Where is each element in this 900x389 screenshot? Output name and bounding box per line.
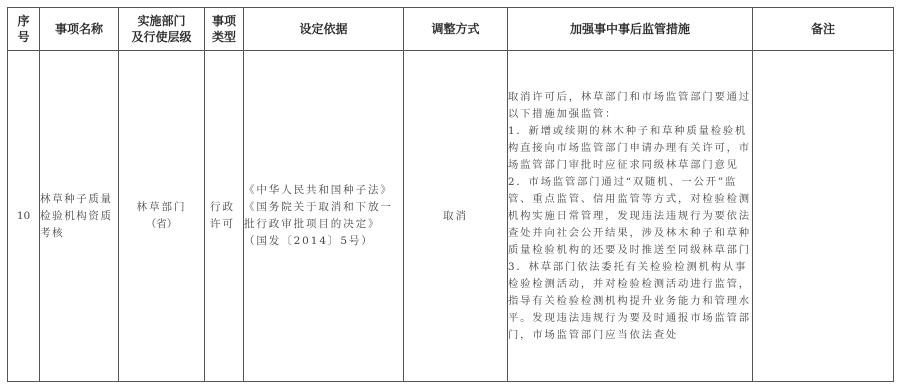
header-basis: 设定依据 [244, 8, 404, 51]
cell-seq: 10 [8, 51, 40, 382]
dept-level: （省） [119, 216, 204, 233]
header-dept: 实施部门 及行使层级 [119, 8, 205, 51]
basis-line: （国发〔2014〕5号） [244, 233, 403, 250]
cell-remark [753, 51, 894, 382]
header-seq: 序 号 [8, 8, 40, 51]
measure-intro: 取消许可后，林草部门和市场监管部门要通过以下措施加强监管： [508, 89, 752, 123]
measure-item: 3．林草部门依法委托有关检验检测机构从事检验检测活动，并对检验检测活动进行监管，… [508, 259, 752, 344]
header-adjust: 调整方式 [404, 8, 508, 51]
cell-adjust: 取消 [404, 51, 508, 382]
header-type: 事项 类型 [205, 8, 244, 51]
measure-item: 1．新增或续期的林木种子和草种质量检验机构直接向市场监管部门申请办理有关许可，市… [508, 123, 752, 174]
dept-name: 林草部门 [119, 199, 204, 216]
cell-measures: 取消许可后，林草部门和市场监管部门要通过以下措施加强监管： 1．新增或续期的林木… [508, 51, 753, 382]
table-row: 10 林草种子质量检验机构资质考核 林草部门 （省） 行政许可 《中华人民共和国… [8, 51, 894, 382]
cell-name: 林草种子质量检验机构资质考核 [40, 51, 119, 382]
header-name: 事项名称 [40, 8, 119, 51]
cell-basis: 《中华人民共和国种子法》 《国务院关于取消和下放一批行政审批项目的决定》 （国发… [244, 51, 404, 382]
measure-item: 2．市场监管部门通过“双随机、一公开”监管、重点监管、信用监管等方式，对检验检测… [508, 174, 752, 259]
basis-line: 《中华人民共和国种子法》 [244, 182, 403, 199]
cell-type: 行政许可 [205, 51, 244, 382]
cell-dept: 林草部门 （省） [119, 51, 205, 382]
policy-table: 序 号 事项名称 实施部门 及行使层级 事项 类型 设定依据 调整方式 加强事中… [7, 7, 894, 382]
header-measures: 加强事中事后监管措施 [508, 8, 753, 51]
basis-line: 《国务院关于取消和下放一批行政审批项目的决定》 [244, 199, 403, 233]
header-remark: 备注 [753, 8, 894, 51]
header-row: 序 号 事项名称 实施部门 及行使层级 事项 类型 设定依据 调整方式 加强事中… [8, 8, 894, 51]
